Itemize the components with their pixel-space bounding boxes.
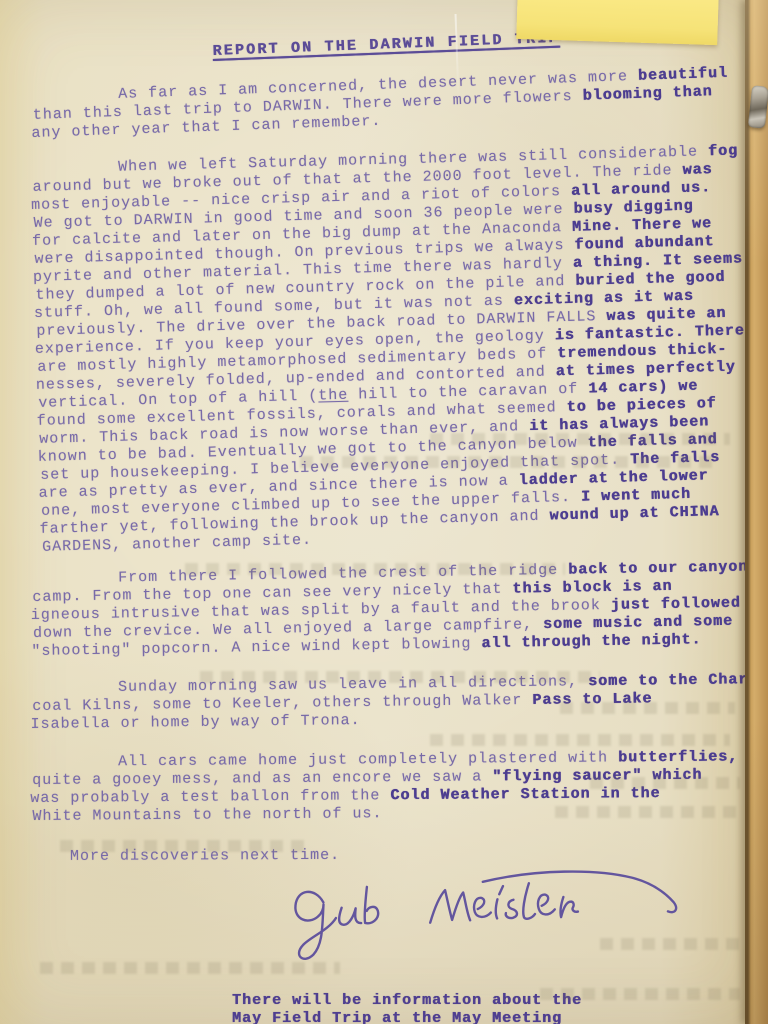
staple <box>748 85 768 129</box>
footer-line-1: There will be information about the <box>232 992 582 1010</box>
signature <box>286 859 699 973</box>
page-edge <box>745 0 768 1024</box>
footer-line-2: May Field Trip at the May Meeting <box>232 1010 582 1024</box>
scanned-document-page: REPORT ON THE DARWIN FIELD TRIP As far a… <box>0 0 768 1024</box>
footer-note: There will be information about the May … <box>232 992 582 1024</box>
sticky-note <box>516 0 719 45</box>
paragraph-intro: As far as I am concerned, the desert nev… <box>30 65 730 143</box>
paragraph-saturday-trip: When we left Saturday morning there was … <box>30 142 750 556</box>
